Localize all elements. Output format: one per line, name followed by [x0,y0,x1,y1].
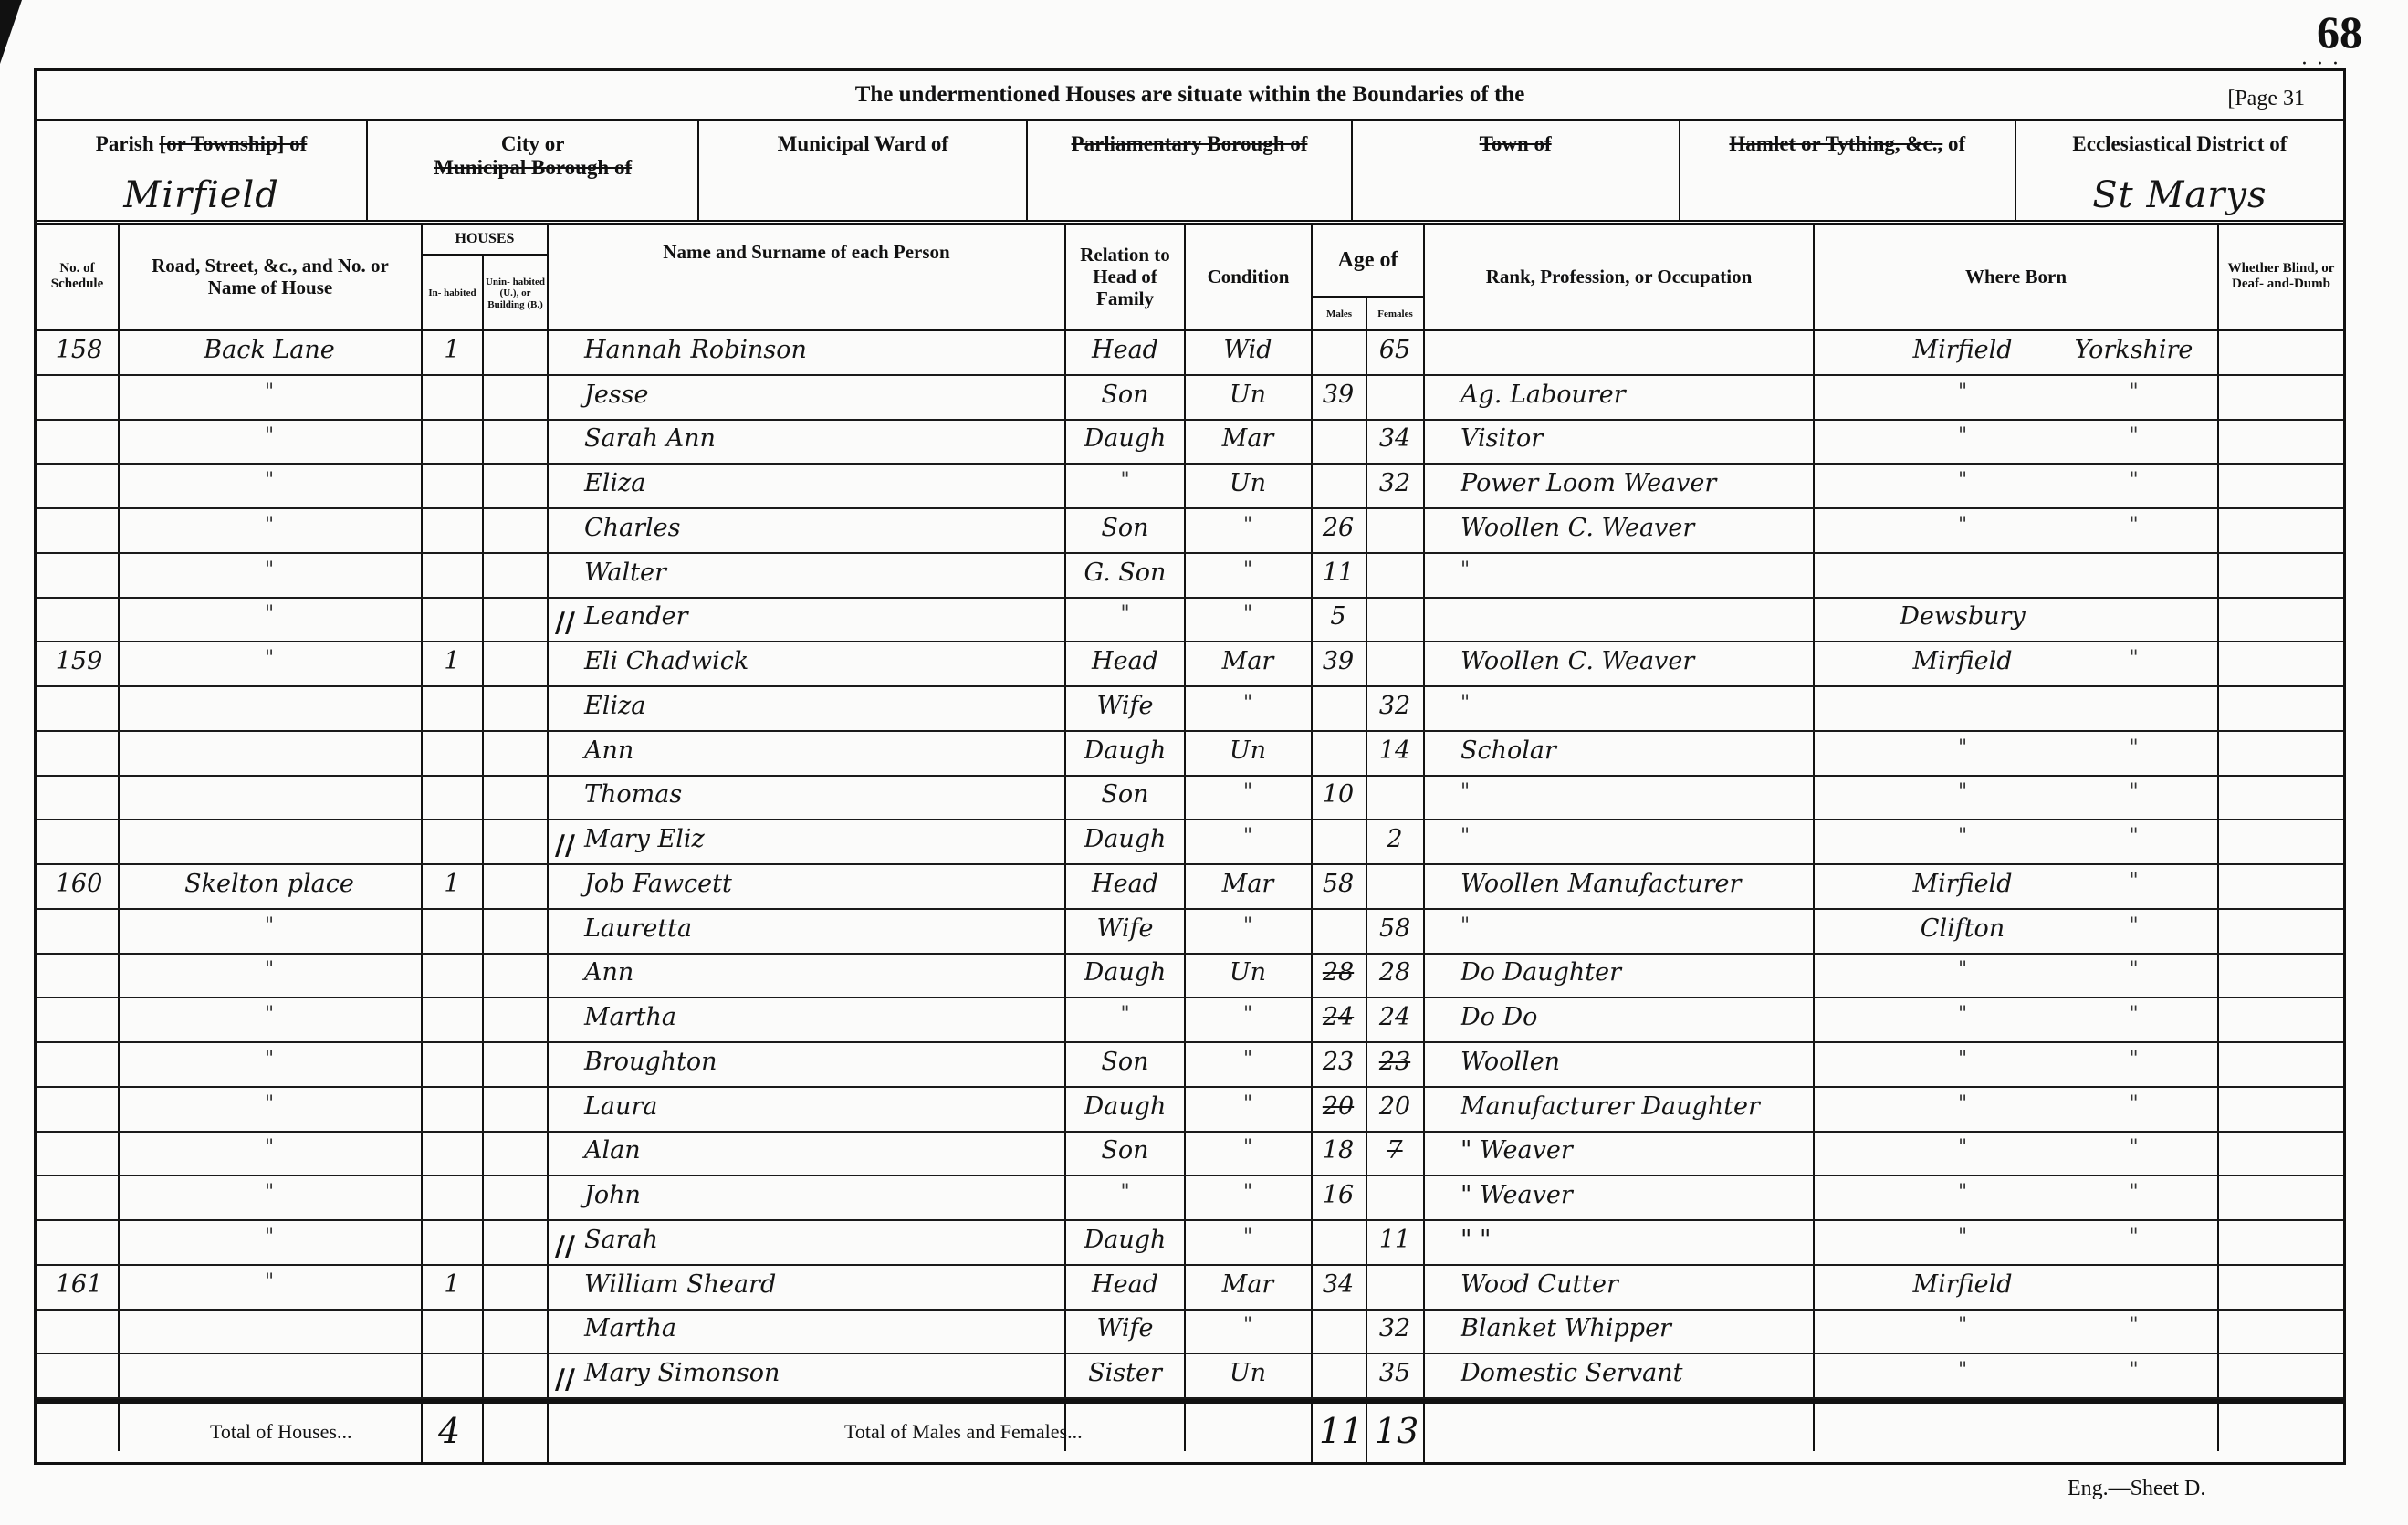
cell-born-place: " [1871,1003,2054,1039]
cell-male [1313,1314,1364,1351]
cell-condition: " [1187,1181,1309,1217]
cell-male [1313,736,1364,773]
cell-female: 28 [1367,958,1422,995]
cell-relation: Son [1068,514,1182,550]
table-row: 158Back Lane1Hannah RobinsonHeadWid65Mir… [37,331,2343,376]
cell-male: 28 [1313,958,1364,995]
table-row: 160Skelton place1Job FawcettHeadMar58Woo… [37,865,2343,910]
cell-road: " [123,1092,415,1129]
cell-female: 2 [1367,825,1422,862]
cell-born-place: Mirfield [1871,870,2054,906]
cell-female: 32 [1367,469,1422,506]
folio-number: 68 [2317,5,2362,58]
cell-male: 58 [1313,870,1364,906]
cell-relation: " [1068,1003,1182,1039]
cell-inhabited: 1 [424,647,480,684]
cell-road: " [123,1048,415,1084]
district-cell: City orMunicipal Borough of [368,121,699,220]
totals-row: Total of Houses... 4 Total of Males and … [37,1399,2343,1465]
district-cell: Town of [1353,121,1680,220]
cell-name: Eliza [584,692,1059,728]
cell-road: " [123,1270,415,1307]
cell-male [1313,1226,1364,1262]
cell-born-county: " [2054,825,2214,862]
cell-born-county: " [2054,424,2214,461]
cell-relation: " [1068,469,1182,506]
cell-condition: " [1187,559,1309,595]
cell-born-county: " [2054,1314,2214,1351]
cell-relation: Wife [1068,692,1182,728]
header-males: Males [1313,298,1367,331]
scan-corner-shadow [0,0,22,64]
header-blind-deaf: Whether Blind, or Deaf- and-Dumb [2219,225,2343,329]
cell-occupation: Do Daughter [1461,958,1807,995]
cell-name: Ann [584,958,1059,995]
table-row: "Eliza"Un32Power Loom Weaver"" [37,465,2343,509]
cell-female: 14 [1367,736,1422,773]
cell-road: " [123,424,415,461]
total-males-value: 11 [1319,1411,1363,1451]
cell-occupation: Scholar [1461,736,1807,773]
boundary-banner: The undermentioned Houses are situate wi… [37,71,2343,121]
table-row: "SarahDaugh"11" """// [37,1221,2343,1266]
cell-male: 16 [1313,1181,1364,1217]
cell-born-county: " [2054,1181,2214,1217]
cell-inhabited: 1 [424,336,480,372]
cell-road: " [123,914,415,951]
cell-occupation: Domestic Servant [1461,1359,1807,1395]
cell-born-place: " [1871,381,2054,417]
cell-born-county: " [2054,1092,2214,1129]
cell-male: 5 [1313,602,1364,639]
cell-born-county: " [2054,647,2214,684]
cell-born-place: " [1871,1048,2054,1084]
district-label: Parish [or Township] of [37,121,366,156]
cell-condition: " [1187,1226,1309,1262]
cell-male: 11 [1313,559,1364,595]
cell-occupation: " [1461,825,1807,862]
cell-inhabited [424,514,480,550]
district-cell: Ecclesiastical District ofSt Marys [2016,121,2343,220]
cell-inhabited [424,1181,480,1217]
cell-road: " [123,381,415,417]
cell-female [1367,870,1422,906]
cell-name: Hannah Robinson [584,336,1059,372]
cell-born-place: " [1871,780,2054,817]
cell-female: 11 [1367,1226,1422,1262]
cell-occupation: Woollen Manufacturer [1461,870,1807,906]
cell-occupation: " Weaver [1461,1181,1807,1217]
cell-road [123,1359,415,1395]
column-headers: No. of Schedule Road, Street, &c., and N… [37,225,2343,331]
cell-name: Mary Eliz [584,825,1059,862]
table-row: ElizaWife"32" [37,687,2343,732]
cell-born-place [1871,559,2054,595]
cell-condition: Un [1187,1359,1309,1395]
cell-occupation: Woollen C. Weaver [1461,514,1807,550]
cell-born-place: " [1871,1314,2054,1351]
cell-condition: Un [1187,958,1309,995]
cell-relation: Daugh [1068,825,1182,862]
cell-female: 7 [1367,1136,1422,1173]
cell-road [123,692,415,728]
household-end-mark: // [555,1230,575,1262]
cell-born-county [2054,559,2214,595]
cell-born-county: " [2054,914,2214,951]
cell-relation: Daugh [1068,1092,1182,1129]
cell-occupation: " Weaver [1461,1136,1807,1173]
cell-road: " [123,647,415,684]
cell-schedule [40,559,118,595]
cell-female: 20 [1367,1092,1422,1129]
cell-schedule [40,1136,118,1173]
cell-inhabited [424,1092,480,1129]
census-sheet: The undermentioned Houses are situate wi… [34,68,2346,1465]
cell-male: 23 [1313,1048,1364,1084]
table-row: 161"1William SheardHeadMar34Wood CutterM… [37,1266,2343,1311]
cell-condition: " [1187,780,1309,817]
cell-road [123,825,415,862]
header-houses: HOUSES [423,225,549,256]
cell-male: 20 [1313,1092,1364,1129]
total-females-value: 13 [1375,1411,1419,1451]
cell-condition: " [1187,914,1309,951]
cell-name: Sarah [584,1226,1059,1262]
cell-born-place: " [1871,1092,2054,1129]
table-row: "Martha""2424Do Do"" [37,998,2343,1043]
table-row: ThomasSon"10""" [37,777,2343,821]
table-row: MarthaWife"32Blanket Whipper"" [37,1311,2343,1355]
cell-road [123,780,415,817]
cell-born-county: " [2054,736,2214,773]
cell-condition: " [1187,692,1309,728]
cell-male: 39 [1313,381,1364,417]
cell-female [1367,1181,1422,1217]
total-persons-label: Total of Males and Females... [844,1420,1083,1444]
district-cell: Parish [or Township] ofMirfield [37,121,368,220]
cell-born-place: " [1871,1226,2054,1262]
cell-born-county: " [2054,469,2214,506]
cell-name: Eli Chadwick [584,647,1059,684]
cell-inhabited [424,958,480,995]
table-row: "John""16" Weaver"" [37,1176,2343,1221]
cell-road: Back Lane [123,336,415,372]
cell-occupation: Woollen [1461,1048,1807,1084]
cell-road: " [123,602,415,639]
cell-schedule: 158 [40,336,118,372]
cell-male [1313,336,1364,372]
cell-road [123,736,415,773]
cell-relation: Son [1068,1136,1182,1173]
table-row: "WalterG. Son"11" [37,554,2343,599]
cell-inhabited [424,1226,480,1262]
cell-schedule [40,602,118,639]
cell-relation: " [1068,1181,1182,1217]
cell-relation: Daugh [1068,424,1182,461]
header-schedule: No. of Schedule [37,225,120,329]
cell-schedule [40,825,118,862]
cell-female [1367,602,1422,639]
cell-female: 23 [1367,1048,1422,1084]
cell-inhabited [424,1136,480,1173]
header-condition: Condition [1186,225,1313,329]
cell-road: " [123,1181,415,1217]
header-inhabited: In- habited [423,256,484,331]
cell-name: Ann [584,736,1059,773]
cell-occupation: " " [1461,1226,1807,1262]
cell-born-place: " [1871,469,2054,506]
table-row: "AlanSon"187" Weaver"" [37,1133,2343,1177]
table-row: 159"1Eli ChadwickHeadMar39Woollen C. Wea… [37,642,2343,687]
header-age: Age of [1313,225,1425,298]
cell-inhabited [424,602,480,639]
cell-female [1367,514,1422,550]
table-row: "Leander""5Dewsbury// [37,599,2343,643]
cell-born-place: " [1871,424,2054,461]
cell-name: Walter [584,559,1059,595]
cell-born-county: " [2054,1003,2214,1039]
page-reference: [Page 31 [2227,87,2305,111]
cell-occupation: Visitor [1461,424,1807,461]
cell-born-place: " [1871,736,2054,773]
cell-born-county: Yorkshire [2054,336,2214,372]
table-row: "AnnDaughUn2828Do Daughter"" [37,955,2343,999]
cell-inhabited [424,1003,480,1039]
cell-condition: " [1187,1314,1309,1351]
cell-relation: Son [1068,1048,1182,1084]
cell-female: 58 [1367,914,1422,951]
banner-text: The undermentioned Houses are situate wi… [37,82,2343,108]
cell-relation: Wife [1068,914,1182,951]
cell-schedule [40,381,118,417]
cell-schedule [40,1314,118,1351]
cell-inhabited [424,736,480,773]
cell-condition: Un [1187,736,1309,773]
cell-condition: Mar [1187,424,1309,461]
cell-born-place: Mirfield [1871,647,2054,684]
header-relation: Relation to Head of Family [1066,225,1186,329]
cell-born-county: " [2054,1359,2214,1395]
cell-inhabited [424,469,480,506]
cell-relation: Son [1068,381,1182,417]
cell-female: 32 [1367,1314,1422,1351]
cell-schedule [40,780,118,817]
cell-schedule [40,736,118,773]
household-end-mark: // [555,1363,575,1395]
table-row: Mary SimonsonSisterUn35Domestic Servant"… [37,1354,2343,1399]
cell-name: Lauretta [584,914,1059,951]
table-row: "CharlesSon"26Woollen C. Weaver"" [37,509,2343,554]
cell-name: John [584,1181,1059,1217]
cell-female: 34 [1367,424,1422,461]
cell-name: Jesse [584,381,1059,417]
cell-road: " [123,958,415,995]
total-houses-value: 4 [438,1411,460,1451]
cell-schedule [40,1092,118,1129]
table-row: "Sarah AnnDaughMar34Visitor"" [37,421,2343,465]
district-label: City orMunicipal Borough of [368,121,697,181]
header-uninhabited: Unin- habited (U.), or Building (B.) [484,256,549,331]
district-label: Hamlet or Tything, &c., of [1680,121,2015,156]
table-row: AnnDaughUn14Scholar"" [37,732,2343,777]
cell-condition: Un [1187,469,1309,506]
total-houses-label: Total of Houses... [210,1420,352,1444]
cell-born-county [2054,602,2214,639]
cell-relation: Head [1068,647,1182,684]
cell-name: Eliza [584,469,1059,506]
cell-inhabited [424,692,480,728]
cell-name: Leander [584,602,1059,639]
cell-name: Broughton [584,1048,1059,1084]
cell-schedule: 161 [40,1270,118,1307]
header-road: Road, Street, &c., and No. or Name of Ho… [120,225,423,329]
cell-male [1313,914,1364,951]
cell-road: " [123,514,415,550]
cell-female [1367,559,1422,595]
cell-schedule [40,514,118,550]
cell-born-place: Mirfield [1871,336,2054,372]
cell-name: Alan [584,1136,1059,1173]
header-females: Females [1367,298,1425,331]
cell-born-place [1871,692,2054,728]
cell-occupation: " [1461,559,1807,595]
cell-condition: " [1187,1092,1309,1129]
cell-schedule: 159 [40,647,118,684]
cell-schedule [40,692,118,728]
cell-condition: Mar [1187,1270,1309,1307]
cell-name: William Sheard [584,1270,1059,1307]
table-row: "BroughtonSon"2323Woollen"" [37,1043,2343,1088]
cell-occupation [1461,602,1807,639]
cell-inhabited [424,559,480,595]
cell-female: 35 [1367,1359,1422,1395]
cell-condition: " [1187,825,1309,862]
cell-born-place: " [1871,825,2054,862]
cell-relation: Daugh [1068,1226,1182,1262]
district-row: Parish [or Township] ofMirfieldCity orMu… [37,121,2343,225]
cell-occupation: Woollen C. Weaver [1461,647,1807,684]
cell-born-county: " [2054,381,2214,417]
cell-condition: " [1187,602,1309,639]
cell-schedule [40,1003,118,1039]
cell-born-place: " [1871,1359,2054,1395]
cell-inhabited: 1 [424,870,480,906]
cell-occupation: " [1461,914,1807,951]
cell-schedule [40,958,118,995]
cell-inhabited [424,780,480,817]
cell-relation: Head [1068,870,1182,906]
cell-female: 65 [1367,336,1422,372]
cell-born-place: Clifton [1871,914,2054,951]
cell-schedule [40,1359,118,1395]
cell-born-county: " [2054,870,2214,906]
cell-occupation: " [1461,780,1807,817]
cell-road: " [123,1226,415,1262]
cell-relation: Head [1068,336,1182,372]
cell-male [1313,424,1364,461]
household-end-mark: // [555,830,575,862]
cell-born-county: " [2054,514,2214,550]
household-end-mark: // [555,607,575,639]
district-label: Ecclesiastical District of [2016,121,2343,156]
district-cell: Parliamentary Borough of [1028,121,1352,220]
table-row: "LaurettaWife"58"Clifton" [37,910,2343,955]
cell-female [1367,647,1422,684]
cell-male: 24 [1313,1003,1364,1039]
cell-inhabited [424,381,480,417]
cell-born-place: Mirfield [1871,1270,2054,1307]
cell-male: 18 [1313,1136,1364,1173]
district-cell: Hamlet or Tything, &c., of [1680,121,2016,220]
table-row: "JesseSonUn39Ag. Labourer"" [37,376,2343,421]
cell-born-county: " [2054,1136,2214,1173]
cell-male [1313,1359,1364,1395]
cell-male: 34 [1313,1270,1364,1307]
cell-condition: " [1187,1048,1309,1084]
cell-road: " [123,1003,415,1039]
cell-condition: " [1187,514,1309,550]
cell-born-county: " [2054,1048,2214,1084]
cell-relation: Son [1068,780,1182,817]
cell-born-county [2054,1270,2214,1307]
cell-condition: " [1187,1003,1309,1039]
cell-name: Charles [584,514,1059,550]
cell-born-place: " [1871,1136,2054,1173]
district-label: Parliamentary Borough of [1028,121,1350,156]
cell-road [123,1314,415,1351]
cell-condition: Mar [1187,870,1309,906]
cell-inhabited [424,1359,480,1395]
cell-schedule [40,914,118,951]
cell-road: " [123,469,415,506]
cell-schedule [40,469,118,506]
cell-born-place: Dewsbury [1871,602,2054,639]
cell-inhabited [424,424,480,461]
district-value: Mirfield [37,174,366,216]
cell-name: Martha [584,1314,1059,1351]
district-label: Town of [1353,121,1679,156]
cell-road: " [123,1136,415,1173]
cell-name: Thomas [584,780,1059,817]
cell-relation: Head [1068,1270,1182,1307]
cell-born-county: " [2054,1226,2214,1262]
cell-schedule [40,1048,118,1084]
cell-born-county: " [2054,958,2214,995]
cell-relation: Daugh [1068,958,1182,995]
cell-inhabited [424,914,480,951]
cell-condition: " [1187,1136,1309,1173]
cell-occupation: Manufacturer Daughter [1461,1092,1807,1129]
table-row: "LauraDaugh"2020Manufacturer Daughter"" [37,1088,2343,1133]
cell-born-place: " [1871,514,2054,550]
header-name: Name and Surname of each Person [549,225,1066,329]
cell-born-place: " [1871,958,2054,995]
cell-occupation: Wood Cutter [1461,1270,1807,1307]
cell-male [1313,692,1364,728]
cell-name: Sarah Ann [584,424,1059,461]
cell-schedule [40,1226,118,1262]
cell-born-county: " [2054,780,2214,817]
cell-schedule [40,1181,118,1217]
cell-relation: Daugh [1068,736,1182,773]
cell-relation: " [1068,602,1182,639]
cell-born-place: " [1871,1181,2054,1217]
cell-female [1367,780,1422,817]
cell-road: " [123,559,415,595]
header-where-born: Where Born [1815,225,2219,329]
district-label: Municipal Ward of [699,121,1026,156]
cell-female [1367,381,1422,417]
